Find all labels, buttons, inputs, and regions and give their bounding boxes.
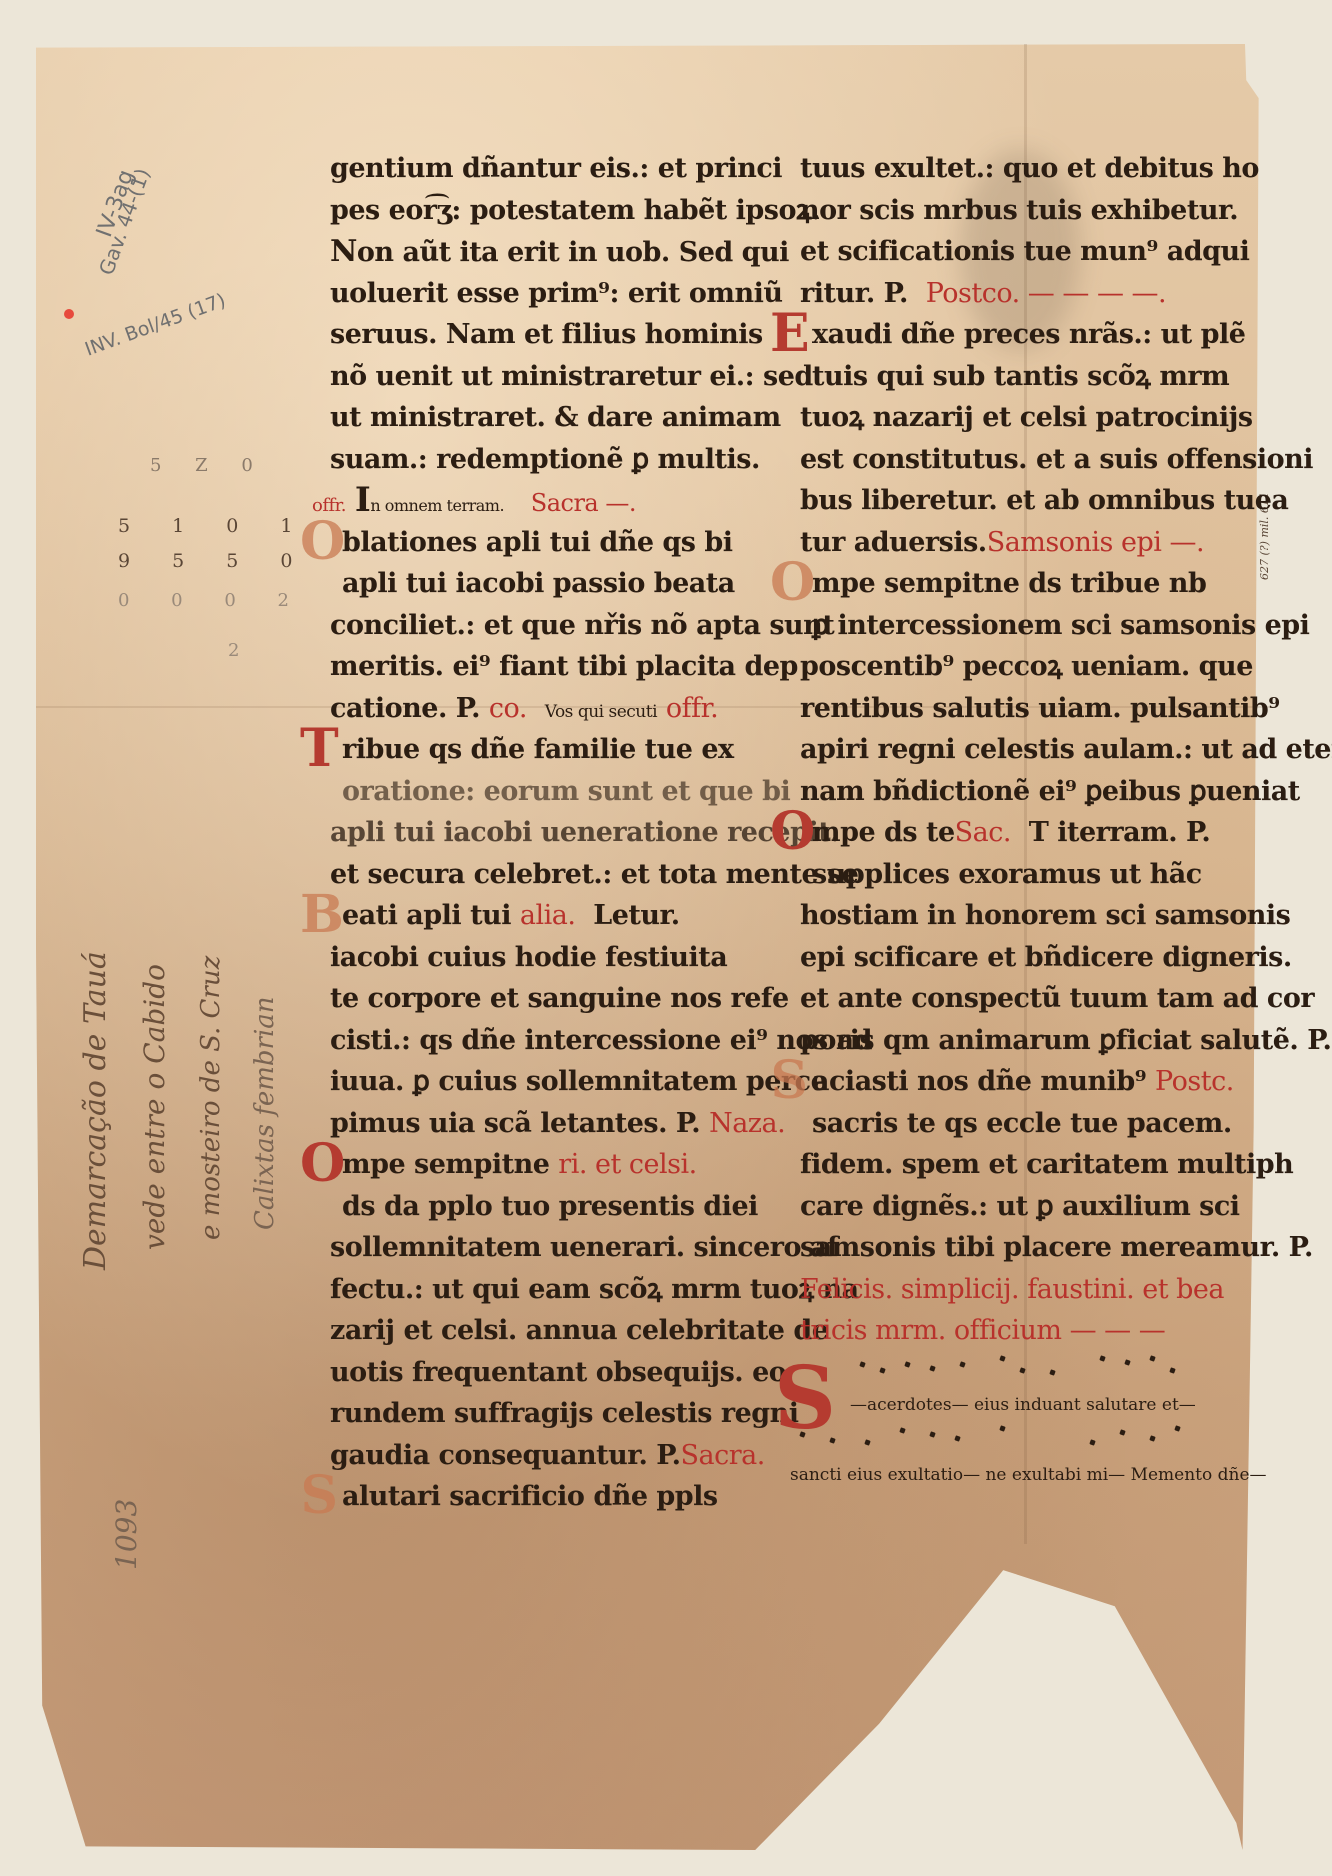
text-line: ds da pplo tuo presentis diei (330, 1186, 800, 1228)
text-line: apiri regni celestis aulam.: ut ad eter (800, 729, 1270, 771)
rubric-line: Felicis. simplicij. faustini. et bea (800, 1269, 1270, 1311)
decorated-initial: T (300, 729, 338, 769)
text-line: et secura celebret.: et tota mente se (330, 854, 800, 896)
text-line: Ompe sempitne ri. et celsi. (300, 1144, 800, 1186)
text-line: care dignẽs.: ut ꝑ auxilium sci (800, 1186, 1270, 1228)
text-line: zarij et celsi. annua celebritate de (330, 1310, 800, 1352)
text-line: nam bñdictionẽ ei⁹ ꝑeibus ꝑueniat (800, 771, 1270, 813)
marginal-note-3: e mosteiro de S. Cruz (196, 956, 226, 1240)
text-line: pes eor͡ʒ: potestatem habẽt ipsoꝝ. (330, 190, 800, 232)
text-line: et scificationis tue mun⁹ adqui (800, 231, 1270, 273)
text-line: hostiam in honorem sci samsonis (800, 895, 1270, 937)
text-line: conciliet.: et que nřis nõ apta sunt (330, 605, 800, 647)
decorated-initial: O (770, 563, 808, 603)
rubric-line: Saciasti nos dñe munib⁹ Postc. (770, 1061, 1270, 1103)
text-line: te corpore et sanguine nos refe (330, 978, 800, 1020)
text-line: supplices exoramus ut hãc (800, 854, 1270, 896)
text-line: Beati apli tui alia. Letur. (300, 895, 800, 937)
text-line: Non aũt ita erit in uob. Sed qui (330, 231, 800, 273)
decorated-initial: O (770, 812, 808, 852)
text-line: meritis. ei⁹ fiant tibi placita dep (330, 646, 800, 688)
text-line: tuis qui sub tantis scõꝝ mrm (800, 356, 1270, 398)
text-line: Ompe ds teSac. T iterram. P. (770, 812, 1270, 854)
chant-text-1: —acerdotes— eius induant salutare et— (850, 1388, 1270, 1422)
decorated-initial: O (300, 1144, 338, 1184)
text-line: suam.: redemptionẽ ꝑ multis. (330, 439, 800, 481)
text-line: bus liberetur. et ab omnibus tuea (800, 480, 1270, 522)
decorated-initial: S (770, 1061, 808, 1101)
text-line: oratione: eorum sunt et que bi (330, 771, 800, 813)
pencil-digits-2: 5 1 0 1 (118, 515, 310, 537)
text-line: Ompe sempitne ds tribue nb (770, 563, 1270, 605)
decorated-initial: O (300, 522, 338, 562)
chant-section: S —acerdotes— eius induant salutare et— … (770, 1352, 1270, 1492)
text-line: fectu.: ut qui eam scõꝝ mrm tuoꝝ na (330, 1269, 800, 1311)
text-line: est constitutus. et a suis offensioni (800, 439, 1270, 481)
text-line: Salutari sacrificio dñe ppls (300, 1476, 800, 1518)
text-line: Tribue qs dñe familie tue ex (300, 729, 800, 771)
decorated-initial: E (770, 314, 808, 354)
text-line: iuua. ꝑ cuius sollemnitatem perce (330, 1061, 800, 1103)
rubric-line: gaudia consequantur. P.Sacra. (330, 1435, 800, 1477)
rubric-line: tur aduersis.Samsonis epi —. (800, 522, 1270, 564)
text-line: cisti.: qs dñe intercessione ei⁹ nos ad (330, 1020, 800, 1062)
decorated-initial: S (300, 1476, 338, 1516)
text-line: et ante conspectũ tuum tam ad cor (800, 978, 1270, 1020)
text-line: tuus exultet.: quo et debitus ho (800, 148, 1270, 190)
folio-number: 1093 (110, 1499, 143, 1570)
rubric-line: tricis mrm. officium — — — (800, 1310, 1270, 1352)
pencil-digits-3: 9 5 5 0 (118, 550, 310, 572)
rubric-line: pimus uia scã letantes. P. Naza. (330, 1103, 800, 1145)
rubric-line: offr. In omnem terram. Sacra —. (312, 480, 800, 522)
rubric-line: catione. P. co. Vos qui secuti offr. (330, 688, 800, 730)
text-line: Exaudi dñe preces nrãs.: ut plẽ (770, 314, 1270, 356)
neume-staff-1 (850, 1352, 1270, 1388)
pencil-digits-5: 2 (228, 640, 239, 661)
text-line: tuoꝝ nazarij et celsi patrocinijs (800, 397, 1270, 439)
initial-letter: N (330, 234, 357, 269)
rubric-line: ritur. P. Postco. — — — —. (800, 273, 1270, 315)
text-line: ꝑ intercessionem sci samsonis epi (800, 605, 1270, 647)
decorated-initial: B (300, 895, 338, 935)
text-line: epi scificare et bñdicere digneris. (800, 937, 1270, 979)
text-line: poris qm animarum ꝑficiat salutẽ. P. (800, 1020, 1270, 1062)
text-line: sacris te qs eccle tue pacem. (800, 1103, 1270, 1145)
text-line: poscentib⁹ peccoꝝ ueniam. que (800, 646, 1270, 688)
text-line: nõ uenit ut ministraretur ei.: sed (330, 356, 800, 398)
pencil-digits-4: 0 0 0 2 (118, 590, 307, 611)
marginal-note-4: Calixtas fembrian (250, 996, 280, 1230)
marginal-note-1: Demarcação de Tauá (78, 951, 113, 1270)
pencil-digits-1: 5 Z 0 (150, 455, 267, 476)
text-line: rundem suffragijs celestis regni (330, 1393, 800, 1435)
left-text-column: gentium dñantur eis.: et princi pes eor͡… (330, 148, 800, 1518)
neume-staff-2 (790, 1422, 1270, 1458)
text-line: uotis frequentant obsequijs. eo (330, 1352, 800, 1394)
text-line: Oblationes apli tui dñe qs bi (300, 522, 800, 564)
text-line: nor scis mrbus tuis exhibetur. (800, 190, 1270, 232)
text-line: seruus. Nam et filius hominis (330, 314, 800, 356)
text-line: ut ministraret. & dare animam (330, 397, 800, 439)
marginal-note-2: vede entre o Cabido (138, 964, 171, 1250)
text-line: iacobi cuius hodie festiuita (330, 937, 800, 979)
text-line: samsonis tibi placere mereamur. P. (800, 1227, 1270, 1269)
text-line: apli tui iacobi passio beata (330, 563, 800, 605)
chant-text-2: sancti eius exultatio— ne exultabi mi— M… (790, 1458, 1270, 1492)
text-line: sollemnitatem uenerari. sincero af (330, 1227, 800, 1269)
red-marker-dot (64, 309, 74, 319)
text-line: rentibus salutis uiam. pulsantib⁹ (800, 688, 1270, 730)
text-line: uoluerit esse prim⁹: erit omniũ (330, 273, 800, 315)
text-line: gentium dñantur eis.: et princi (330, 148, 800, 190)
right-text-column: tuus exultet.: quo et debitus ho nor sci… (800, 148, 1270, 1492)
text-line: fidem. spem et caritatem multiph (800, 1144, 1270, 1186)
text-line: apli tui iacobi ueneratione recepit. (330, 812, 800, 854)
